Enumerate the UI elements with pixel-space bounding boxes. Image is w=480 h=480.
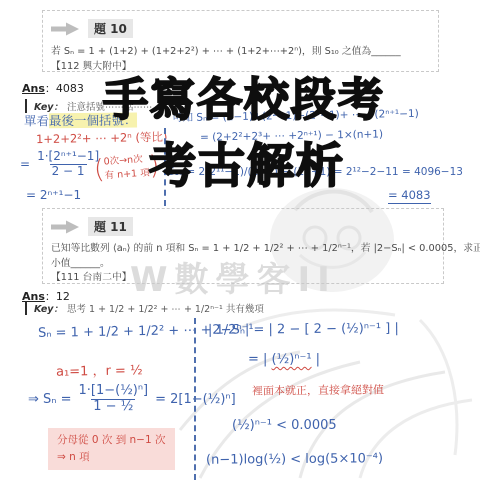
ans-value: 4083 — [56, 82, 84, 95]
overlay-title-line2: 考古解析 — [149, 143, 345, 190]
fraction-numerator: 1·[1−(½)ⁿ] — [78, 384, 148, 399]
overlay-title-line1: 手寫各校段考 — [103, 77, 385, 122]
final-answer-underlined: = 4083 — [388, 188, 431, 204]
abs-term-wavy-underline: (½)ⁿ⁻¹ — [272, 352, 312, 367]
abs-pre: = | — [248, 352, 272, 367]
handwritten-geometric-series: 1+2+2²+ ⋯ +2ⁿ (等比) — [36, 129, 168, 147]
note-part1: 單看 — [24, 113, 49, 128]
handwritten-abs-expansion: |2−Sₙ| = | 2 − [ 2 − (½)ⁿ⁻¹ ] | — [208, 321, 399, 338]
problem10-source: 【112 興大附中】 — [51, 58, 132, 72]
problem11-label: 題 11 — [88, 217, 133, 236]
problem10-label: 題 10 — [88, 19, 133, 38]
handwritten-inequality: (½)ⁿ⁻¹ < 0.0005 — [232, 418, 337, 433]
ans-label: Ans — [22, 82, 45, 95]
arrow-right-icon — [51, 220, 79, 234]
handwritten-abs-simplified: = | (½)ⁿ⁻¹ | — [248, 352, 320, 367]
note-line1: 分母從 0 次 到 n−1 次 — [57, 432, 166, 449]
problem11-statement-line1: 已知等比數列 ⟨aₙ⟩ 的前 n 項和 Sₙ = 1 + 1/2 + 1/2² … — [51, 240, 480, 254]
fraction-denominator: 2 − 1 — [50, 164, 87, 179]
problem11-header: 題 11 — [51, 217, 133, 236]
paren-note-line2: 有 n+1 項 — [104, 166, 150, 183]
key-text: 思考 1 + 1/2 + 1/2² + ⋯ + 1/2ⁿ⁻¹ 共有幾項 — [67, 304, 264, 315]
document-page: W數學客II 題 10 若 Sₙ = 1 + (1+2) + (1+2+2²) … — [0, 0, 480, 480]
denominator-terms-note: 分母從 0 次 到 n−1 次 ⇒ n 項 — [48, 428, 175, 470]
problem11-source: 【111 台南二中】 — [51, 269, 132, 283]
problem11-statement-line2: 小值______。 — [51, 255, 110, 269]
fraction-numerator: 1·[2ⁿ⁺¹−1] — [37, 150, 99, 164]
problem10-header: 題 10 — [51, 19, 133, 38]
handwritten-result-2n1: = 2ⁿ⁺¹−1 — [26, 188, 81, 202]
handwritten-divider-line-bottom — [194, 318, 196, 480]
key-label: Key： — [34, 304, 63, 315]
equals-sign: = — [20, 157, 30, 171]
handwritten-final-answer: = 4083 — [388, 188, 431, 202]
problem11-key-row: Key：思考 1 + 1/2 + 1/2² + ⋯ + 1/2ⁿ⁻¹ 共有幾項 — [25, 301, 264, 315]
handwritten-positive-note: 裡面本就正，直接拿絕對值 — [252, 381, 384, 398]
problem10-statement: 若 Sₙ = 1 + (1+2) + (1+2+2²) + ⋯ + (1+2+⋯… — [51, 43, 401, 57]
implies-sn-equals: ⇒ Sₙ = — [28, 392, 71, 407]
handwritten-sn-formula: ⇒ Sₙ = 1·[1−(½)ⁿ] 1 − ½ = 2[1−(½)ⁿ] — [28, 384, 236, 415]
fraction: 1·[1−(½)ⁿ] 1 − ½ — [78, 384, 148, 415]
handwritten-a1-r-values: a₁=1 ，r = ½ — [56, 359, 143, 380]
abs-post: | — [312, 352, 321, 367]
ans-separator: ： — [45, 82, 56, 95]
handwritten-fraction-line: = 1·[2ⁿ⁺¹−1] 2 − 1 — [20, 150, 99, 179]
arrow-right-icon — [51, 22, 79, 36]
handwritten-log-inequality: (n−1)log(½) < log(5×10⁻⁴) — [206, 451, 383, 468]
problem10-box: 題 10 若 Sₙ = 1 + (1+2) + (1+2+2²) + ⋯ + (… — [42, 10, 439, 72]
fraction: 1·[2ⁿ⁺¹−1] 2 − 1 — [37, 150, 99, 179]
problem10-answer-row: Ans：4083 — [22, 80, 84, 96]
fraction-denominator: 1 − ½ — [91, 399, 135, 415]
note-line2: ⇒ n 項 — [57, 449, 166, 466]
problem11-box: 題 11 已知等比數列 ⟨aₙ⟩ 的前 n 項和 Sₙ = 1 + 1/2 + … — [42, 208, 444, 284]
